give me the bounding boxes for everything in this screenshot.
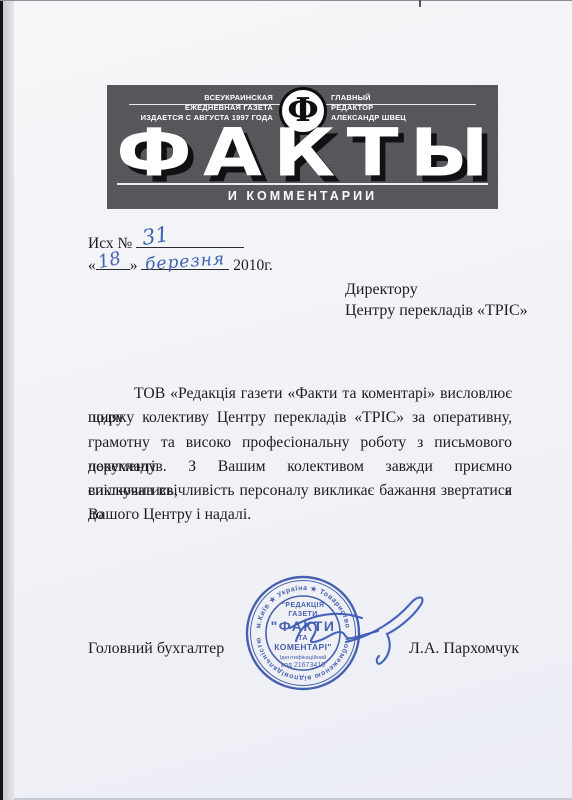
body-line: документів. З Вашим колективом завжди пр…: [88, 455, 512, 479]
date-quote-close: »: [130, 257, 138, 274]
date-year: 2010г.: [233, 257, 272, 274]
masthead-title: ФАКТЫ: [84, 121, 522, 187]
caption-line: ВСЕУКРАИНСКАЯ: [107, 93, 273, 103]
handwritten-day: 18: [96, 248, 123, 273]
recipient-line: Центру перекладів «ТРІС»: [345, 300, 528, 321]
handwritten-signature: [286, 586, 436, 672]
scanned-letter-page: ВСЕУКРАИНСКАЯ ЕЖЕДНЕВНАЯ ГАЗЕТА ИЗДАЕТСЯ…: [0, 0, 572, 800]
date-quote-open: «: [88, 257, 96, 274]
letterhead-banner: ВСЕУКРАИНСКАЯ ЕЖЕДНЕВНАЯ ГАЗЕТА ИЗДАЕТСЯ…: [107, 85, 498, 209]
recipient-line: Директору: [345, 279, 528, 300]
body-line: ТОВ «Редакція газети «Факти та коментарі…: [88, 382, 512, 406]
date-day-line: 18: [96, 252, 130, 270]
handwritten-month: березня: [145, 249, 226, 275]
signer-name: Л.А. Пархомчук: [409, 640, 519, 658]
scan-edge-top: [0, 0, 572, 1]
date-month-line: березня: [141, 252, 229, 270]
masthead-subtitle: И КОММЕНТАРИИ: [107, 189, 498, 203]
scan-edge-left-shade: [3, 0, 14, 800]
handwritten-number: 31: [140, 222, 170, 250]
reference-date-row: «18» березня 2010г.: [88, 252, 273, 274]
recipient-block: Директору Центру перекладів «ТРІС»: [345, 279, 528, 321]
scan-tick-mark: [419, 0, 421, 7]
body-line: грамотну та високо професіональну роботу…: [88, 431, 512, 455]
signer-title: Головний бухгалтер: [88, 640, 224, 658]
reference-number-line: 31: [136, 230, 244, 248]
caption-line: ЕЖЕДНЕВНАЯ ГАЗЕТА: [107, 103, 273, 113]
letter-body: ТОВ «Редакція газети «Факти та коментарі…: [88, 382, 512, 528]
caption-line: РЕДАКТОР: [331, 103, 406, 113]
reference-block: Исх № 31 «18» березня 2010г.: [88, 230, 273, 274]
banner-bottom-rule: [117, 183, 488, 185]
caption-line: ГЛАВНЫЙ: [331, 93, 406, 103]
body-line: виключна ввічливість персоналу викликає …: [88, 479, 512, 503]
body-line: подяку колективу Центру перекладів «ТРІС…: [88, 406, 512, 430]
body-line: Вашого Центру і надалі.: [88, 503, 512, 527]
